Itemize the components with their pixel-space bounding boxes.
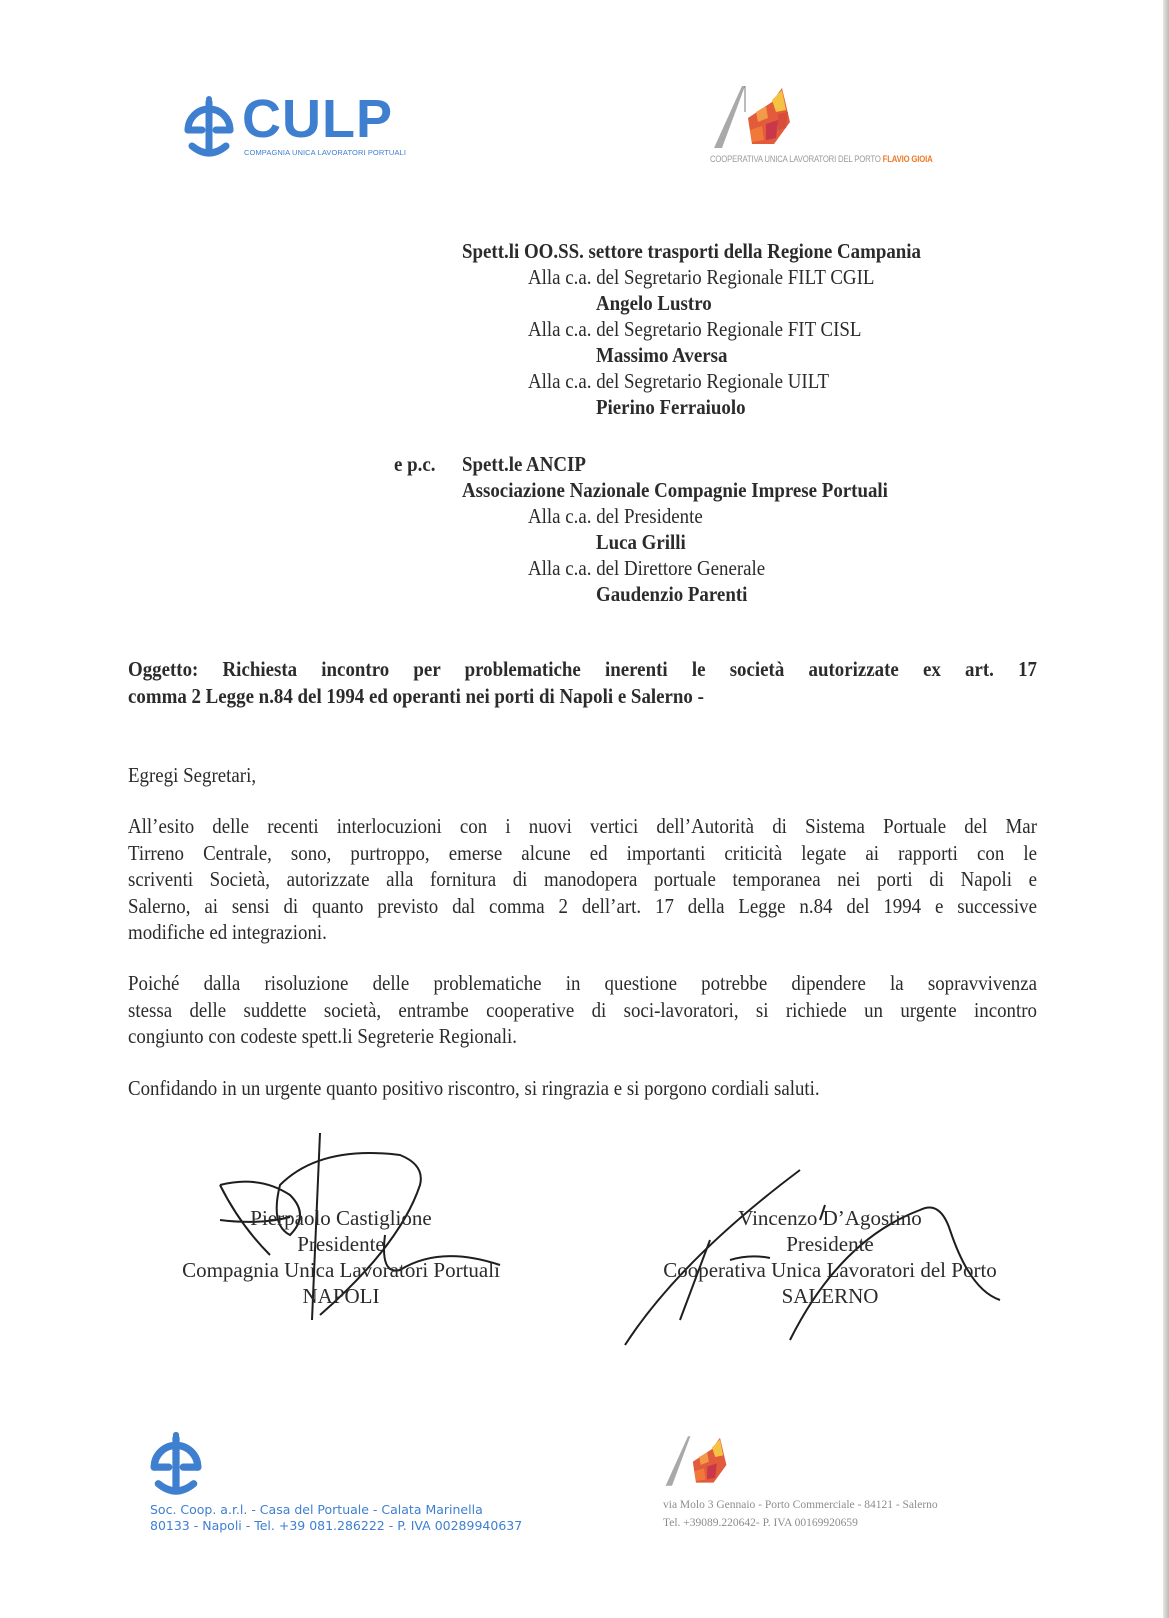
footer-line: Tel. +39089.220642- P. IVA 00169920659 <box>663 1514 938 1532</box>
addressee-role: Alla c.a. del Segretario Regionale FIT C… <box>528 316 861 342</box>
culp-wordmark: CULP <box>242 92 393 146</box>
crane-ship-icon <box>712 82 812 152</box>
salutation: Egregi Segretari, <box>128 762 256 788</box>
flavio-gioia-subtitle: COOPERATIVA UNICA LAVORATORI DEL PORTO F… <box>710 154 932 164</box>
body-line: modifiche ed integrazioni. <box>128 919 1037 946</box>
footer-salerno: via Molo 3 Gennaio - Porto Commerciale -… <box>663 1496 938 1532</box>
signatory-name: Pierpaolo Castiglione <box>166 1205 516 1231</box>
cc-prefix: e p.c. <box>394 451 435 477</box>
signature-napoli: Pierpaolo Castiglione Presidente Compagn… <box>166 1205 516 1309</box>
signatory-title: Presidente <box>640 1231 1020 1257</box>
body-line: stessa delle suddette società, entrambe … <box>128 997 1037 1024</box>
addressee-name: Angelo Lustro <box>596 290 712 316</box>
signatory-city: SALERNO <box>640 1283 1020 1309</box>
body-line: Poiché dalla risoluzione delle problemat… <box>128 970 1037 997</box>
signature-salerno: Vincenzo D’Agostino Presidente Cooperati… <box>640 1205 1020 1309</box>
culp-subtitle: COMPAGNIA UNICA LAVORATORI PORTUALI <box>244 148 406 157</box>
addressee-name: Massimo Aversa <box>596 342 727 368</box>
flavio-subtitle-plain: COOPERATIVA UNICA LAVORATORI DEL PORTO <box>710 154 881 164</box>
body-line: Salerno, ai sensi di quanto previsto dal… <box>128 893 1037 920</box>
cc-heading: Spett.le ANCIP <box>462 451 586 477</box>
footer-line: 80133 - Napoli - Tel. +39 081.286222 - P… <box>150 1518 522 1534</box>
cc-organization: Associazione Nazionale Compagnie Imprese… <box>462 477 888 503</box>
body-paragraph-1: All’esito delle recenti interlocuzioni c… <box>128 813 1037 946</box>
crane-ship-icon <box>664 1430 744 1492</box>
cc-role: Alla c.a. del Presidente <box>528 503 703 529</box>
addressee-role: Alla c.a. del Segretario Regionale UILT <box>528 368 829 394</box>
body-line: Tirreno Centrale, sono, purtroppo, emers… <box>128 840 1037 867</box>
signatory-org: Compagnia Unica Lavoratori Portuali <box>166 1257 516 1283</box>
subject-line: comma 2 Legge n.84 del 1994 ed operanti … <box>128 683 1037 710</box>
subject: Oggetto: Richiesta incontro per problema… <box>128 656 1037 709</box>
signatory-title: Presidente <box>166 1231 516 1257</box>
cc-name: Luca Grilli <box>596 529 686 555</box>
addressee-role: Alla c.a. del Segretario Regionale FILT … <box>528 264 874 290</box>
footer-line: via Molo 3 Gennaio - Porto Commerciale -… <box>663 1496 938 1514</box>
footer-line: Soc. Coop. a.r.l. - Casa del Portuale - … <box>150 1502 522 1518</box>
signatory-city: NAPOLI <box>166 1283 516 1309</box>
flavio-subtitle-accent: FLAVIO GIOIA <box>883 154 933 164</box>
closing: Confidando in un urgente quanto positivo… <box>128 1075 820 1101</box>
cc-name: Gaudenzio Parenti <box>596 581 747 607</box>
culp-logo: CULP COMPAGNIA UNICA LAVORATORI PORTUALI <box>182 92 432 162</box>
body-paragraph-2: Poiché dalla risoluzione delle problemat… <box>128 970 1037 1050</box>
anchor-icon <box>148 1428 204 1498</box>
scan-edge <box>1163 0 1169 1618</box>
signatory-org: Cooperativa Unica Lavoratori del Porto <box>640 1257 1020 1283</box>
subject-line: Oggetto: Richiesta incontro per problema… <box>128 656 1037 683</box>
addressee-name: Pierino Ferraiuolo <box>596 394 746 420</box>
anchor-icon <box>182 94 236 158</box>
footer-napoli: Soc. Coop. a.r.l. - Casa del Portuale - … <box>150 1502 522 1534</box>
cc-role: Alla c.a. del Direttore Generale <box>528 555 765 581</box>
flavio-gioia-logo: COOPERATIVA UNICA LAVORATORI DEL PORTO F… <box>706 82 976 172</box>
signatory-name: Vincenzo D’Agostino <box>640 1205 1020 1231</box>
body-line: scriventi Società, autorizzate alla forn… <box>128 866 1037 893</box>
body-line: congiunto con codeste spett.li Segreteri… <box>128 1023 1037 1050</box>
addressee-heading: Spett.li OO.SS. settore trasporti della … <box>462 238 921 264</box>
body-line: All’esito delle recenti interlocuzioni c… <box>128 813 1037 840</box>
